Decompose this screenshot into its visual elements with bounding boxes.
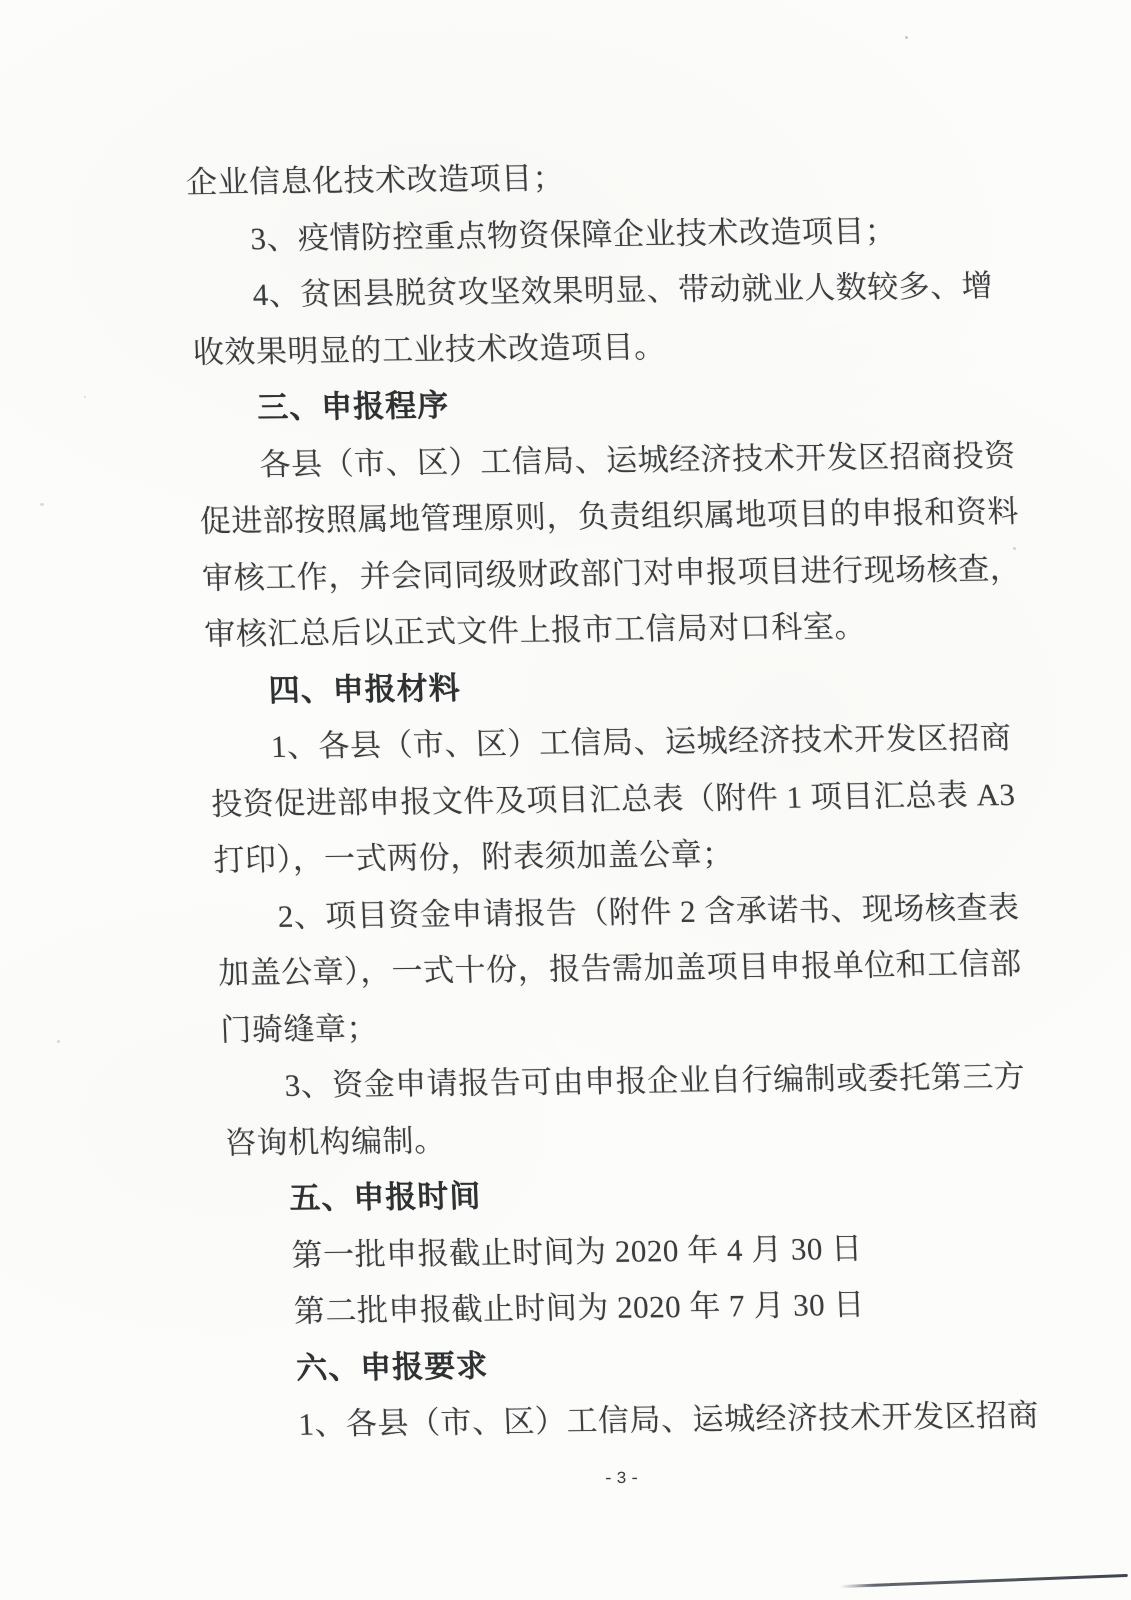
document-line: 1、各县（市、区）工信局、运城经济技术开发区招商 — [235, 1387, 1067, 1454]
scan-speck — [84, 396, 86, 398]
document-line: 企业信息化技术改造项目； — [185, 145, 1017, 212]
document-line: 审核汇总后以正式文件上报市工信局对口科室。 — [203, 597, 1035, 664]
document-line: 4、贫困县脱贫攻坚效果明显、带动就业人数较多、增 — [190, 258, 1022, 325]
document-line: 咨询机构编制。 — [224, 1105, 1056, 1172]
document-line: 审核工作，并会同同级财政部门对申报项目进行现场核查， — [201, 540, 1033, 607]
document-line: 第一批申报截止时间为 2020 年 4 月 30 日 — [228, 1218, 1060, 1285]
scan-speck — [40, 503, 44, 506]
scanned-document-page: 企业信息化技术改造项目； 3、疫情防控重点物资保障企业技术改造项目； 4、贫困县… — [0, 0, 1131, 1600]
document-line: 第二批申报截止时间为 2020 年 7 月 30 日 — [231, 1274, 1063, 1341]
document-line: 加盖公章），一式十份，报告需加盖项目申报单位和工信部 — [217, 936, 1049, 1003]
document-line: 收效果明显的工业技术改造项目。 — [192, 314, 1024, 381]
document-line: 打印），一式两份，附表须加盖公章； — [212, 823, 1044, 890]
section-heading-materials: 四、申报材料 — [206, 653, 1038, 720]
document-line: 1、各县（市、区）工信局、运城经济技术开发区招商 — [208, 710, 1040, 777]
scan-artifact-line — [840, 1574, 1128, 1588]
scan-speck — [1013, 547, 1016, 550]
section-heading-procedure: 三、申报程序 — [194, 371, 1026, 438]
page-number: -3- — [588, 1470, 658, 1490]
scan-speck — [905, 36, 908, 39]
document-line: 投资促进部申报文件及项目汇总表（附件 1 项目汇总表 A3 — [210, 766, 1042, 833]
section-heading-requirements: 六、申报要求 — [233, 1331, 1065, 1398]
section-heading-time: 五、申报时间 — [226, 1161, 1058, 1228]
document-line: 3、疫情防控重点物资保障企业技术改造项目； — [187, 201, 1019, 268]
document-line: 各县（市、区）工信局、运城经济技术开发区招商投资 — [196, 427, 1028, 494]
document-line: 2、项目资金申请报告（附件 2 含承诺书、现场核查表 — [215, 879, 1047, 946]
document-line: 门骑缝章； — [219, 992, 1051, 1059]
document-line: 促进部按照属地管理原则，负责组织属地项目的申报和资料 — [199, 484, 1031, 551]
document-line: 3、资金申请报告可由申报企业自行编制或委托第三方 — [222, 1048, 1054, 1115]
scan-speck — [57, 1040, 60, 1043]
document-body-text: 企业信息化技术改造项目； 3、疫情防控重点物资保障企业技术改造项目； 4、贫困县… — [185, 145, 1068, 1454]
